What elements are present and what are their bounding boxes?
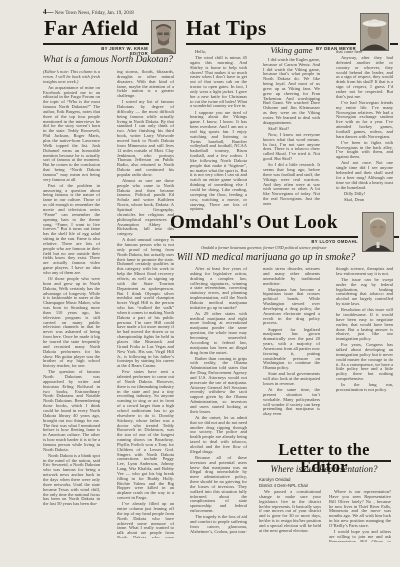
letter-rule: [257, 460, 391, 462]
omdahl-column-2: matic stress disorder, seizures and many…: [263, 267, 320, 437]
paragraph: We passed a constitutional change to mak…: [259, 490, 321, 534]
hat-tips-title: Hat Tips: [186, 18, 266, 39]
paragraph: I sorted my list of famous Dakotans by d…: [117, 100, 174, 178]
page-number: 4—: [43, 8, 54, 16]
paragraph: Almost as rare are those people who came…: [117, 179, 174, 237]
omdahl-title: Omdahl's Out Look: [170, 213, 338, 232]
paragraph: ing storms, floods, blizzards, droughts …: [117, 70, 174, 99]
paragraph: I did watch the Eagles game, because of …: [263, 58, 320, 126]
far-afield-column-2: ing storms, floods, blizzards, droughts …: [117, 70, 174, 538]
far-afield-rule: [43, 43, 149, 45]
paragraph: The issue can be swept under the rug by …: [336, 278, 393, 307]
paragraph: A third unusual category is the famous p…: [117, 238, 174, 369]
paragraph: Anyway, after they had defeated another …: [336, 56, 393, 100]
paragraph: So I did a little research. It seems tha…: [263, 163, 320, 207]
omdahl-rule: [170, 236, 358, 238]
paragraph: Skol, Dean: [336, 198, 393, 203]
hat-tips-column-1: Hello,The wind chill is minus 45 again t…: [190, 50, 247, 213]
paragraph: though science, therapists and law enfor…: [336, 267, 393, 277]
newspaper-page: 4— New Town News, Friday, Jan. 19, 2018 …: [0, 0, 400, 567]
paragraph: The wind chill is minus 45 again this mo…: [190, 56, 247, 109]
paragraph: Part of the problem in answering a quest…: [43, 184, 100, 276]
letter-signature-role: District 4 Dem-NPL Chair: [259, 483, 349, 489]
paragraph: I’ve already filled up an entire column …: [117, 502, 174, 538]
paragraph: Few states have sent a talented performe…: [117, 370, 174, 501]
paragraph: And not once. Not one single time did I …: [336, 161, 393, 190]
omdahl-rule-end: [394, 236, 399, 238]
paragraph: North Dakota is a blank spot in the mind…: [43, 454, 100, 507]
masthead: 4— New Town News, Friday, Jan. 19, 2018: [43, 8, 134, 16]
far-afield-title: Far Afield: [44, 18, 138, 39]
paragraph: Resolution of this issue will be trouble…: [336, 308, 393, 342]
omdahl-column-3: though science, therapists and law enfor…: [336, 267, 393, 443]
lloyd-omdahl-photo: [362, 212, 394, 252]
paragraph: I’ve had Norwegian friends my entire lif…: [336, 101, 393, 140]
jerry-kram-photo: [151, 20, 176, 54]
paragraph: Of those people who were born and grew u…: [43, 277, 100, 369]
letter-column-2: Where is our representation? Have you se…: [329, 490, 391, 542]
paragraph: Support for legalized marijuana has grow…: [263, 328, 320, 372]
hat-tips-rule-end: [390, 43, 398, 45]
hat-tips-subhead: Viking game: [263, 46, 320, 55]
paragraph: The question of famous North Dakotans wa…: [43, 370, 100, 452]
paragraph: Where is our representation? Have you se…: [329, 490, 391, 529]
paragraph: In the long run, procrastination is not …: [336, 383, 393, 393]
paragraph: matic stress disorder, seizures and many…: [263, 267, 320, 286]
paragraph: At the outset, let us admit that we did …: [190, 416, 247, 455]
paragraph: I’ve been in fights with Norwegians in t…: [336, 141, 393, 160]
hat-tips-column-2-wrap: Viking game I did watch the Eagles game,…: [263, 46, 320, 210]
paragraph: Skol! Skol?: [263, 127, 320, 132]
omdahl-column-1: After at least five years of asking for …: [190, 267, 247, 543]
omdahl-byline: BY LLOYD OMDAHL: [250, 239, 358, 244]
dean-meyer-photo: [360, 13, 389, 51]
paragraph: At the same time, the present situation …: [263, 388, 320, 417]
paragraph: Because all of these investors and poten…: [190, 456, 247, 514]
omdahl-tagline: Omdahl a former lieutenant governor, for…: [168, 245, 360, 250]
far-afield-headline: What is a famous North Dakotan?: [41, 55, 175, 65]
paragraph: An acquaintance of mine on Facebook poin…: [43, 86, 100, 183]
paragraph: Rather than coming to grips with reality…: [190, 357, 247, 415]
letter-subhead: Where is our Representation?: [255, 464, 393, 474]
paragraph: Marijuana has become a bipartisan issue …: [263, 288, 320, 327]
paragraph: (Editor’s note: This column is a rerun. …: [43, 70, 100, 85]
paragraph: Now, I know not everyone knows what that…: [263, 133, 320, 162]
paragraph: I would hope you and others are willing …: [329, 530, 391, 542]
paragraph: The tragedy is the loss of aid and comfo…: [190, 515, 247, 534]
letter-column-1: We passed a constitutional change to mak…: [259, 490, 321, 542]
letter-signature: Karolyn Orvidad District 4 Dem-NPL Chair: [259, 477, 349, 488]
paragraph: I suppose you are tired of hearing about…: [190, 111, 247, 213]
paragraph: As 29 other states with medical marijuan…: [190, 312, 247, 356]
paragraph: Dilly Dilly!: [336, 192, 393, 197]
paragraph: For years, Congress has talked about dev…: [336, 343, 393, 382]
hat-tips-column-3: that came here.Anyway, after they had de…: [336, 50, 393, 213]
hat-tips-column-2: I did watch the Eagles game, because of …: [263, 58, 320, 210]
paragraph: State and local governments will also lo…: [263, 372, 320, 387]
omdahl-headline: Will ND medical marijuana go up in smoke…: [168, 252, 364, 263]
far-afield-column-1: (Editor’s note: This column is a rerun. …: [43, 70, 100, 545]
paragraph: After at least five years of asking for …: [190, 267, 247, 311]
